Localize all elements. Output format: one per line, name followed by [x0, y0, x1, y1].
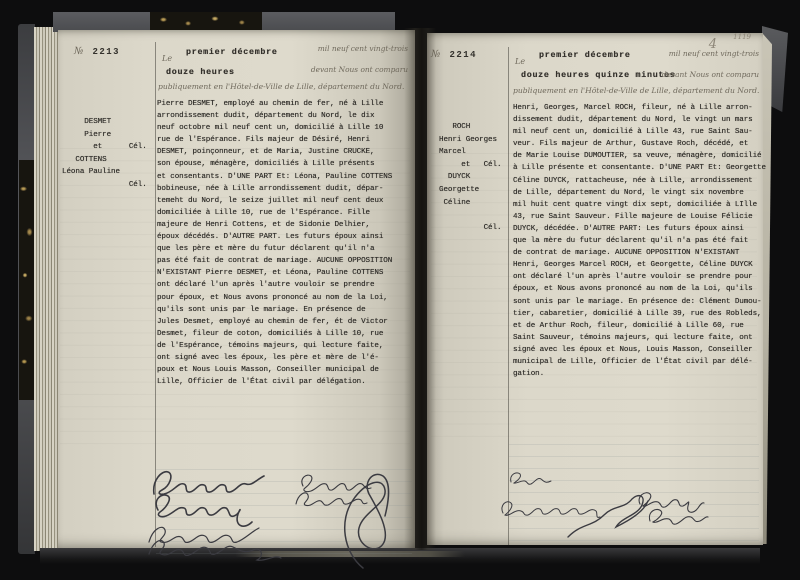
register-page-left: №2213 Le premier décembre mil neuf cent … [58, 30, 415, 548]
printed-le: Le [162, 48, 172, 66]
marbled-cover-edge [19, 160, 34, 400]
typed-date: premier décembre [186, 47, 278, 57]
printed-le: Le [515, 51, 525, 69]
margin-party-names: DESMET Pierre et Cél. COTTENS Léona Paul… [62, 116, 147, 192]
typed-time: douze heures [166, 67, 235, 77]
numero-symbol: № [74, 46, 83, 57]
signature-desmet-3 [145, 532, 285, 567]
page-stack-edges [34, 27, 58, 551]
typed-date: premier décembre [539, 50, 631, 60]
printed-place-line: publiquement en l'Hôtel-de-Ville de Lill… [158, 82, 438, 91]
printed-comparu: devant Nous ont comparu [637, 70, 759, 79]
act-body-text: Henri, Georges, Marcel ROCH, fileur, né … [513, 102, 769, 380]
register-book-photo: №2213 Le premier décembre mil neuf cent … [0, 0, 800, 580]
printed-comparu: devant Nous ont comparu [278, 65, 408, 74]
record-number: №2213 [74, 46, 120, 57]
act-body-text: Pierre DESMET, employé au chemin de fer,… [157, 98, 413, 388]
register-page-right: 4 1119 №2214 Le premier décembre mil neu… [427, 33, 763, 545]
printed-year: mil neuf cent vingt-trois [296, 44, 408, 53]
printed-place-line: publiquement en l'Hôtel-de-Ville de Lill… [513, 86, 793, 95]
signature-officer-paraph [325, 460, 400, 575]
printed-year: mil neuf cent vingt-trois [647, 49, 759, 58]
book-gutter-shadow [404, 28, 436, 550]
signature-roch-2 [642, 503, 712, 531]
marbled-cover-top [150, 12, 262, 31]
record-number: №2214 [431, 49, 477, 60]
signature-roch-1 [505, 468, 555, 488]
margin-party-names: ROCH Henri Georges Marcel et Cél. DUYCK … [439, 121, 501, 234]
pencil-folio-number: 1119 [733, 33, 751, 41]
